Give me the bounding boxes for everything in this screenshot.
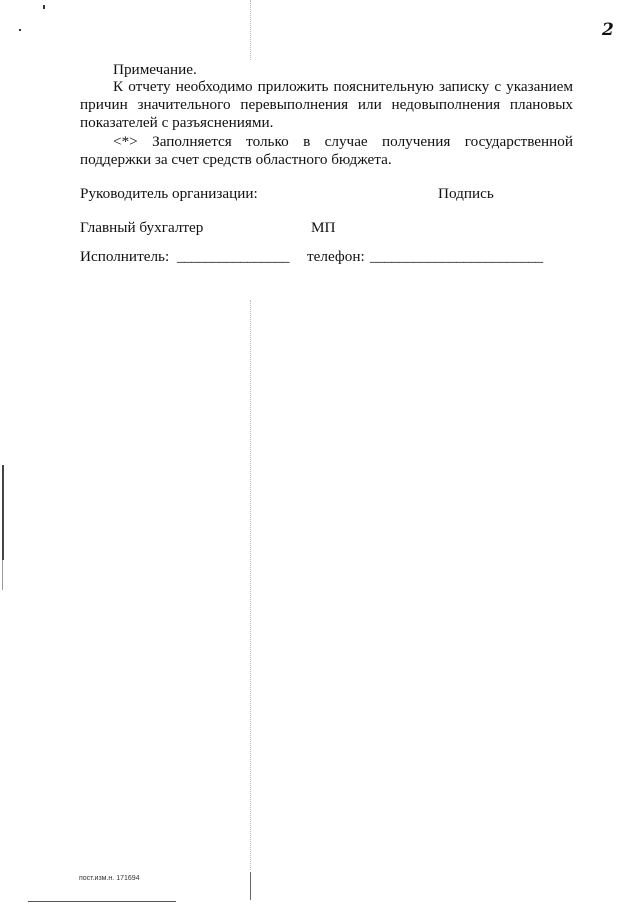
- executor-blank-field: ________________: [177, 248, 289, 266]
- note-paragraph1-line3: показателей с разъяснениями.: [80, 114, 273, 132]
- note-paragraph2-line1: <*> Заполняется только в случае получени…: [113, 133, 573, 151]
- footer-document-code: пост.изм.н. 171694: [79, 875, 140, 882]
- chief-accountant-label: Главный бухгалтер: [80, 219, 203, 237]
- phone-blank-field: ________________________: [370, 248, 543, 266]
- scan-edge-bar: [2, 465, 4, 560]
- scan-fold-line: [250, 300, 251, 870]
- footer-rule: [28, 901, 176, 902]
- phone-label: телефон:: [307, 248, 365, 266]
- scan-speck: [19, 29, 21, 31]
- scan-fold-line: [250, 0, 251, 60]
- executor-label: Исполнитель:: [80, 248, 169, 266]
- signature-label: Подпись: [438, 185, 494, 203]
- note-paragraph2-line2: поддержки за счет средств областного бюд…: [80, 151, 392, 169]
- note-paragraph1-line2: причин значительного перевыполнения или …: [80, 96, 573, 114]
- note-paragraph1-line1: К отчету необходимо приложить пояснитель…: [113, 78, 573, 96]
- scan-edge-bar: [250, 872, 251, 900]
- scan-edge-bar: [2, 560, 3, 590]
- scan-speck: [43, 5, 45, 9]
- head-of-organization-label: Руководитель организации:: [80, 185, 258, 203]
- stamp-label: МП: [311, 219, 335, 237]
- note-heading: Примечание.: [113, 61, 197, 79]
- page-number: 2: [602, 20, 614, 40]
